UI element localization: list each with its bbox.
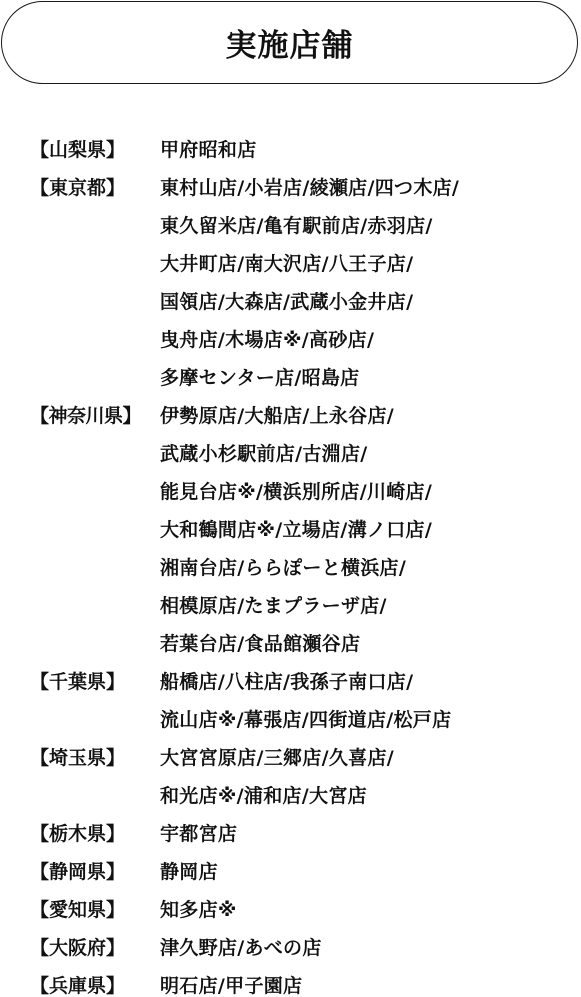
store-line: 船橋店/八柱店/我孫子南口店/ bbox=[160, 663, 575, 701]
prefecture-label: 【静岡県】 bbox=[30, 853, 160, 891]
store-line: 大宮宮原店/三郷店/久喜店/ bbox=[160, 739, 575, 777]
prefecture-shizuoka: 【静岡県】 静岡店 bbox=[30, 853, 575, 891]
prefecture-tokyo: 【東京都】 東村山店/小岩店/綾瀬店/四つ木店/ 東久留米店/亀有駅前店/赤羽店… bbox=[30, 169, 575, 397]
store-line: 国領店/大森店/武蔵小金井店/ bbox=[160, 283, 575, 321]
prefecture-label: 【愛知県】 bbox=[30, 891, 160, 929]
prefecture-chiba: 【千葉県】 船橋店/八柱店/我孫子南口店/ 流山店※/幕張店/四街道店/松戸店 bbox=[30, 663, 575, 739]
store-line: 能見台店※/横浜別所店/川崎店/ bbox=[160, 473, 575, 511]
store-line: 大和鶴間店※/立場店/溝ノ口店/ bbox=[160, 511, 575, 549]
prefecture-saitama: 【埼玉県】 大宮宮原店/三郷店/久喜店/ 和光店※/浦和店/大宮店 bbox=[30, 739, 575, 815]
store-line: 知多店※ bbox=[160, 891, 575, 929]
store-line: 武蔵小杉駅前店/古淵店/ bbox=[160, 435, 575, 473]
store-lines: 東村山店/小岩店/綾瀬店/四つ木店/ 東久留米店/亀有駅前店/赤羽店/ 大井町店… bbox=[160, 169, 575, 397]
store-lines: 明石店/甲子園店 bbox=[160, 967, 575, 997]
store-line: 宇都宮店 bbox=[160, 815, 575, 853]
store-lines: 大宮宮原店/三郷店/久喜店/ 和光店※/浦和店/大宮店 bbox=[160, 739, 575, 815]
store-line: 流山店※/幕張店/四街道店/松戸店 bbox=[160, 701, 575, 739]
prefecture-label: 【兵庫県】 bbox=[30, 967, 160, 997]
store-line: 和光店※/浦和店/大宮店 bbox=[160, 777, 575, 815]
store-lines: 宇都宮店 bbox=[160, 815, 575, 853]
prefecture-label: 【千葉県】 bbox=[30, 663, 160, 701]
store-lines: 静岡店 bbox=[160, 853, 575, 891]
store-line: 湘南台店/ららぽーと横浜店/ bbox=[160, 549, 575, 587]
prefecture-tochigi: 【栃木県】 宇都宮店 bbox=[30, 815, 575, 853]
store-line: 伊勢原店/大船店/上永谷店/ bbox=[160, 397, 575, 435]
prefecture-label: 【山梨県】 bbox=[30, 131, 160, 169]
store-lines: 伊勢原店/大船店/上永谷店/ 武蔵小杉駅前店/古淵店/ 能見台店※/横浜別所店/… bbox=[160, 397, 575, 663]
store-line: 多摩センター店/昭島店 bbox=[160, 359, 575, 397]
store-line: 若葉台店/食品館瀬谷店 bbox=[160, 625, 575, 663]
prefecture-osaka: 【大阪府】 津久野店/あべの店 bbox=[30, 929, 575, 967]
prefecture-label: 【埼玉県】 bbox=[30, 739, 160, 777]
store-line: 相模原店/たまプラーザ店/ bbox=[160, 587, 575, 625]
prefecture-label: 【大阪府】 bbox=[30, 929, 160, 967]
store-line: 静岡店 bbox=[160, 853, 575, 891]
prefecture-kanagawa: 【神奈川県】 伊勢原店/大船店/上永谷店/ 武蔵小杉駅前店/古淵店/ 能見台店※… bbox=[30, 397, 575, 663]
store-line: 津久野店/あべの店 bbox=[160, 929, 575, 967]
store-list: 【山梨県】 甲府昭和店 【東京都】 東村山店/小岩店/綾瀬店/四つ木店/ 東久留… bbox=[30, 131, 575, 997]
store-line: 東久留米店/亀有駅前店/赤羽店/ bbox=[160, 207, 575, 245]
section-header: 実施店舗 bbox=[1, 1, 578, 84]
store-line: 大井町店/南大沢店/八王子店/ bbox=[160, 245, 575, 283]
store-lines: 知多店※ bbox=[160, 891, 575, 929]
store-line: 東村山店/小岩店/綾瀬店/四つ木店/ bbox=[160, 169, 575, 207]
store-lines: 船橋店/八柱店/我孫子南口店/ 流山店※/幕張店/四街道店/松戸店 bbox=[160, 663, 575, 739]
store-line: 明石店/甲子園店 bbox=[160, 967, 575, 997]
store-line: 曳舟店/木場店※/高砂店/ bbox=[160, 321, 575, 359]
prefecture-yamanashi: 【山梨県】 甲府昭和店 bbox=[30, 131, 575, 169]
store-lines: 甲府昭和店 bbox=[160, 131, 575, 169]
prefecture-label: 【神奈川県】 bbox=[30, 397, 160, 435]
page-title: 実施店舗 bbox=[226, 20, 354, 65]
prefecture-aichi: 【愛知県】 知多店※ bbox=[30, 891, 575, 929]
prefecture-label: 【栃木県】 bbox=[30, 815, 160, 853]
store-line: 甲府昭和店 bbox=[160, 131, 575, 169]
prefecture-hyogo: 【兵庫県】 明石店/甲子園店 bbox=[30, 967, 575, 997]
prefecture-label: 【東京都】 bbox=[30, 169, 160, 207]
store-lines: 津久野店/あべの店 bbox=[160, 929, 575, 967]
